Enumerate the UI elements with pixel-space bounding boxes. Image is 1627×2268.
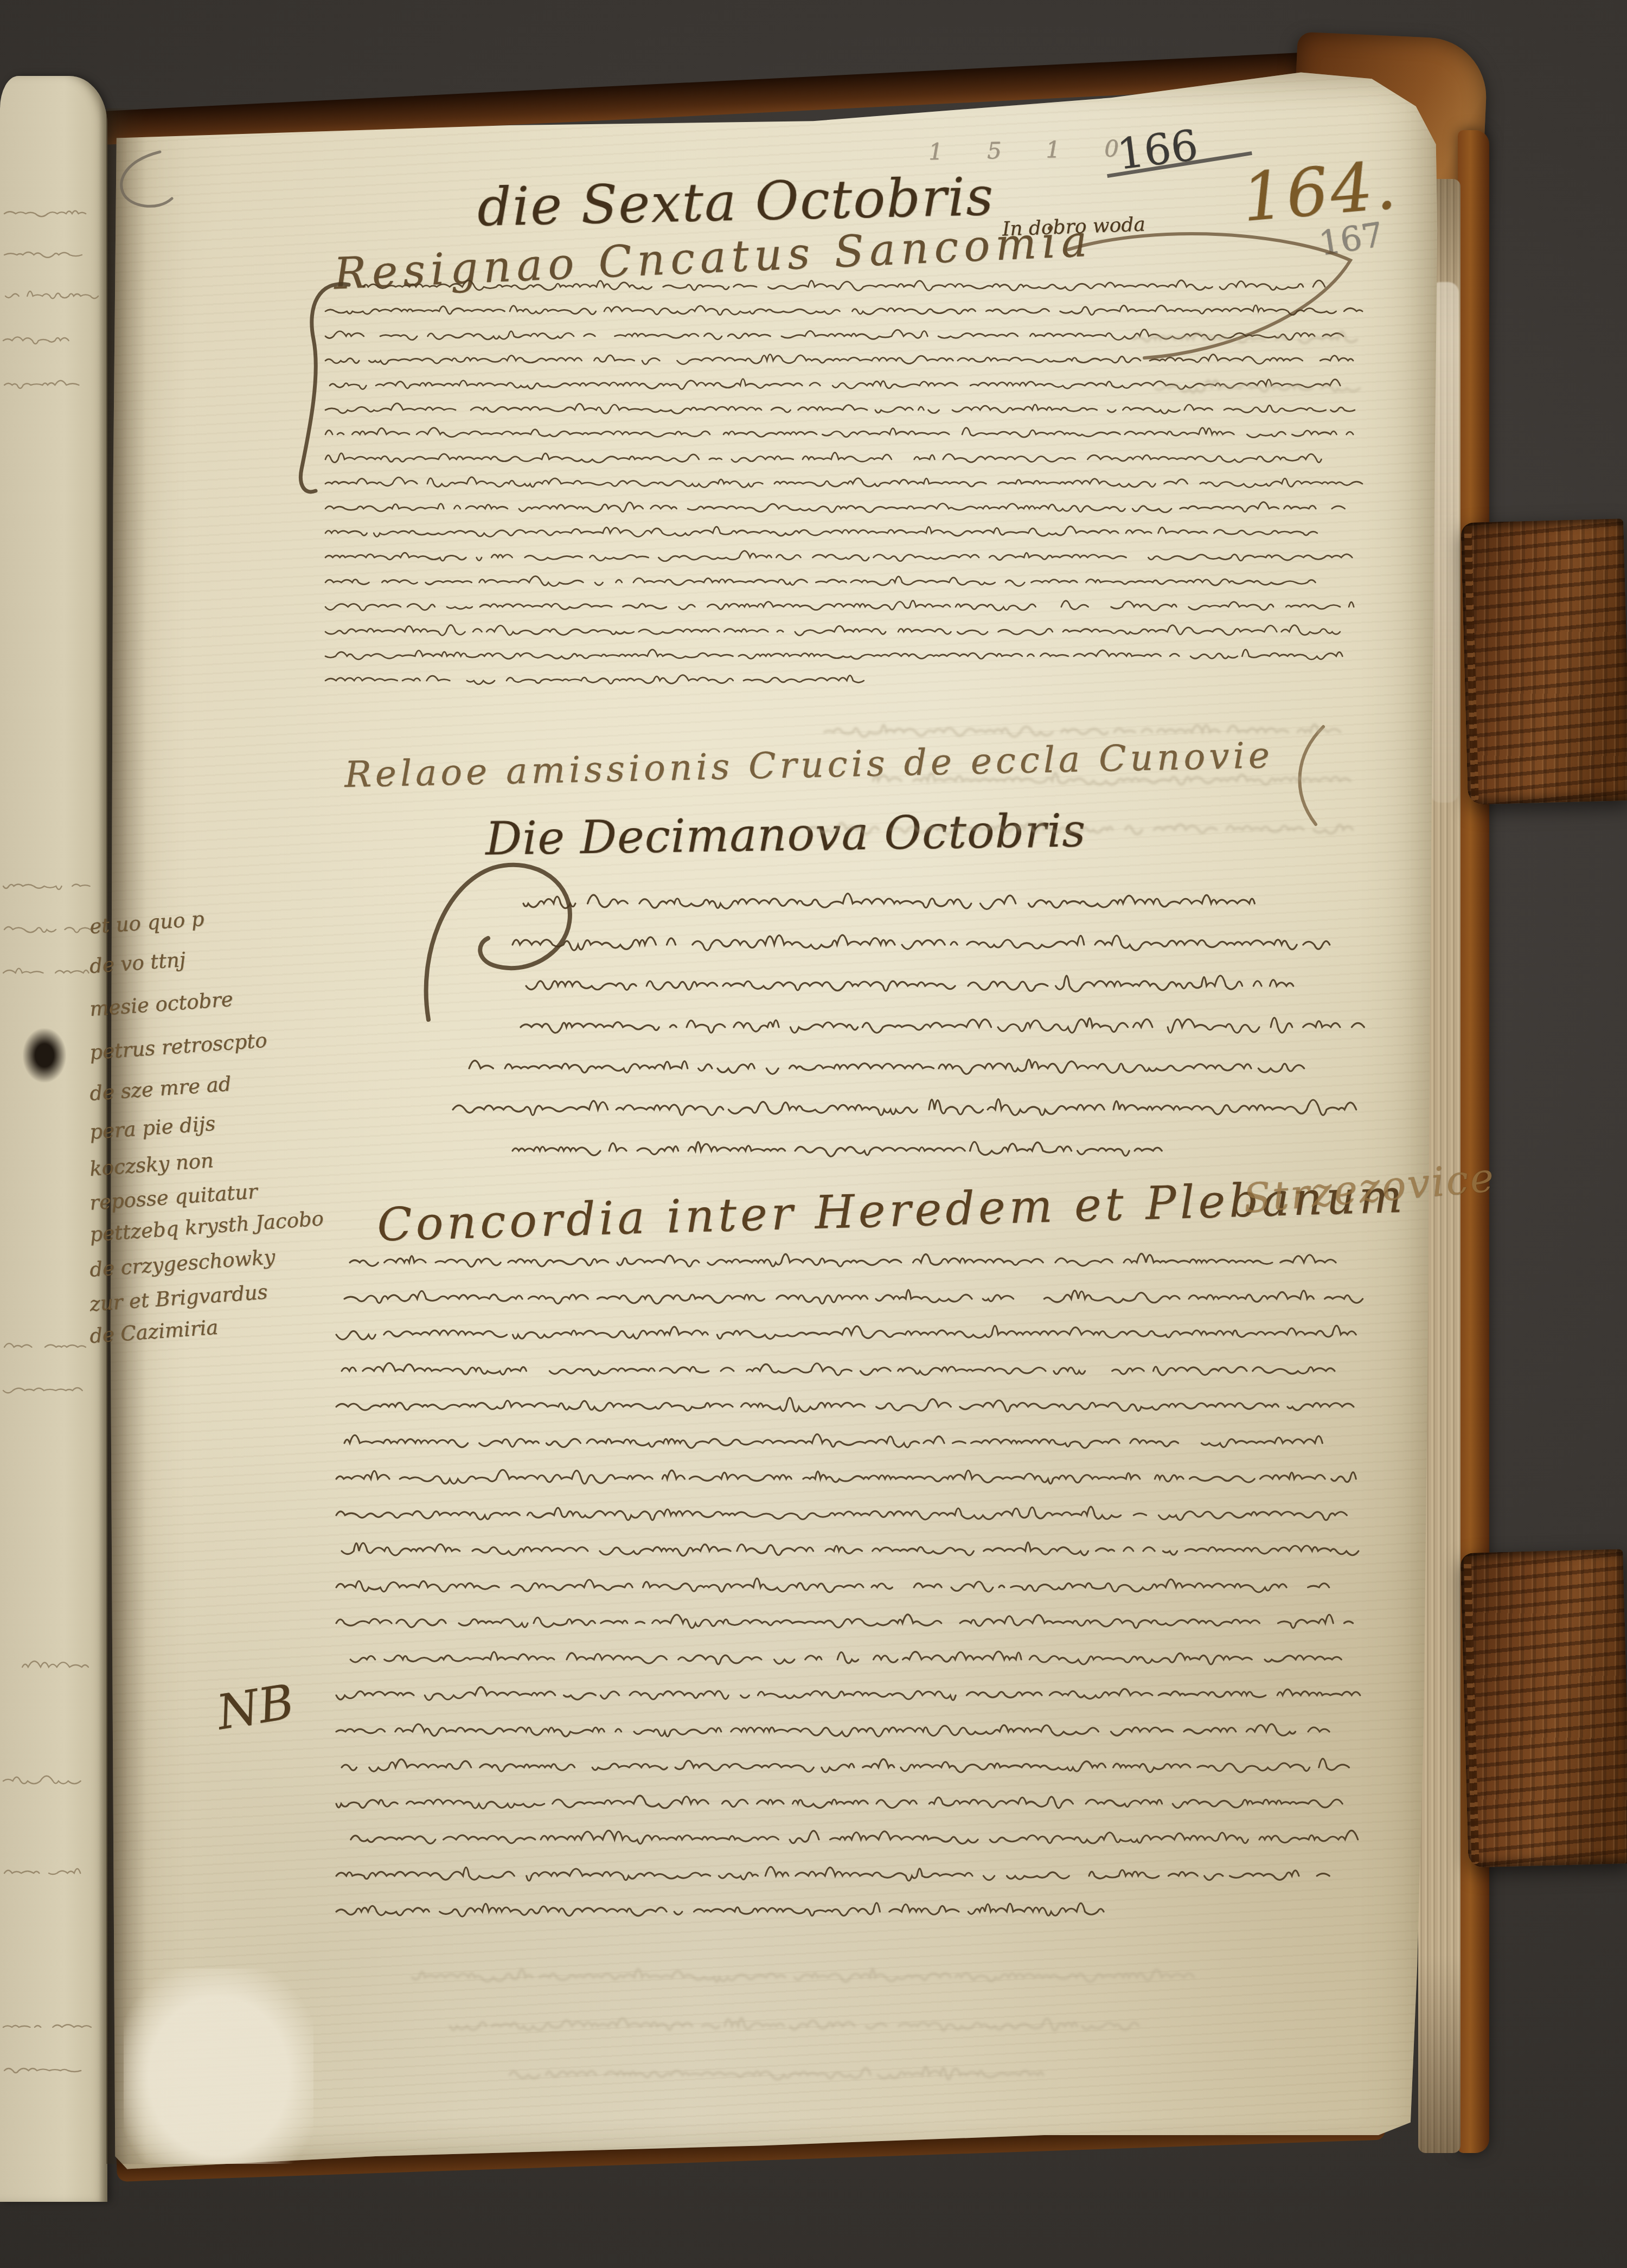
handwritten-line xyxy=(325,298,1359,321)
handwritten-line xyxy=(3,1769,68,1790)
handwritten-line xyxy=(523,885,1254,919)
handwritten-line xyxy=(4,1655,86,1676)
handwritten-line xyxy=(325,544,1343,567)
handwritten-line xyxy=(1155,373,1356,400)
handwritten-line xyxy=(325,643,1338,666)
handwritten-line xyxy=(526,968,1292,1001)
handwritten-line xyxy=(510,2060,1041,2087)
handwritten-line xyxy=(342,1751,1346,1780)
handwritten-line xyxy=(344,1283,1356,1312)
handwritten-line xyxy=(325,446,1328,469)
handwritten-line xyxy=(336,1463,1351,1492)
handwritten-line xyxy=(325,471,1353,494)
handwritten-line xyxy=(325,520,1322,543)
handwritten-line xyxy=(339,1643,1336,1673)
handwritten-line xyxy=(4,1861,80,1882)
handwritten-line xyxy=(4,202,86,222)
handwritten-line xyxy=(336,1788,1336,1817)
handwritten-line xyxy=(342,1355,1336,1384)
leather-clasp-strap-top xyxy=(1461,518,1627,805)
nota-bene-mark: NB xyxy=(213,1674,298,1741)
handwritten-line xyxy=(4,373,76,394)
manuscript-photo: 1 5 1 0 166 164. 167 die Sexta Octobris … xyxy=(0,0,1627,2268)
handwritten-line xyxy=(824,717,1340,744)
handwritten-line xyxy=(873,766,1350,793)
handwritten-line xyxy=(350,1246,1336,1276)
handwritten-line xyxy=(336,1895,1099,1925)
handwritten-line xyxy=(521,1009,1357,1042)
handwritten-line xyxy=(5,284,92,305)
handwritten-line xyxy=(325,594,1353,617)
handwritten-line xyxy=(336,1607,1351,1636)
handwritten-line xyxy=(325,421,1348,444)
handwritten-line xyxy=(4,1335,80,1356)
handwritten-line xyxy=(336,1679,1356,1708)
handwritten-line xyxy=(342,1535,1356,1564)
handwritten-line xyxy=(336,1715,1325,1745)
handwritten-line xyxy=(3,2015,85,2036)
handwritten-line xyxy=(325,496,1338,518)
handwritten-line xyxy=(513,1132,1161,1166)
handwritten-line xyxy=(325,668,863,690)
handwritten-line xyxy=(808,815,1350,842)
leather-clasp-strap-bottom xyxy=(1460,1549,1627,1868)
handwritten-line xyxy=(3,329,68,349)
handwritten-line xyxy=(3,874,85,895)
handwritten-line xyxy=(453,1091,1353,1125)
handwritten-line xyxy=(3,1379,73,1399)
handwritten-line xyxy=(325,569,1312,592)
handwritten-line xyxy=(412,1962,1188,1989)
handwritten-line xyxy=(336,1318,1351,1348)
year-inscription: 1 5 1 0 xyxy=(928,135,1138,165)
handwritten-line xyxy=(325,619,1333,642)
handwritten-line xyxy=(336,1860,1321,1889)
handwritten-line xyxy=(336,1499,1341,1528)
handwritten-line xyxy=(336,1571,1325,1600)
handwritten-line xyxy=(1133,324,1361,351)
paper-repair-patch xyxy=(124,1969,313,2164)
handwritten-line xyxy=(4,243,80,264)
handwritten-line xyxy=(4,2059,74,2079)
handwritten-line xyxy=(469,1050,1301,1084)
handwritten-line xyxy=(363,274,1317,297)
ink-blot xyxy=(23,1028,66,1082)
handwritten-line xyxy=(336,1391,1362,1420)
handwritten-line xyxy=(450,2011,1133,2038)
handwritten-line xyxy=(344,1427,1321,1456)
pencil-flourish xyxy=(111,146,182,228)
handwritten-line xyxy=(4,918,80,938)
handwritten-line xyxy=(339,1823,1351,1853)
handwritten-line xyxy=(513,926,1329,960)
handwritten-line xyxy=(325,397,1359,420)
handwritten-line xyxy=(3,961,85,982)
